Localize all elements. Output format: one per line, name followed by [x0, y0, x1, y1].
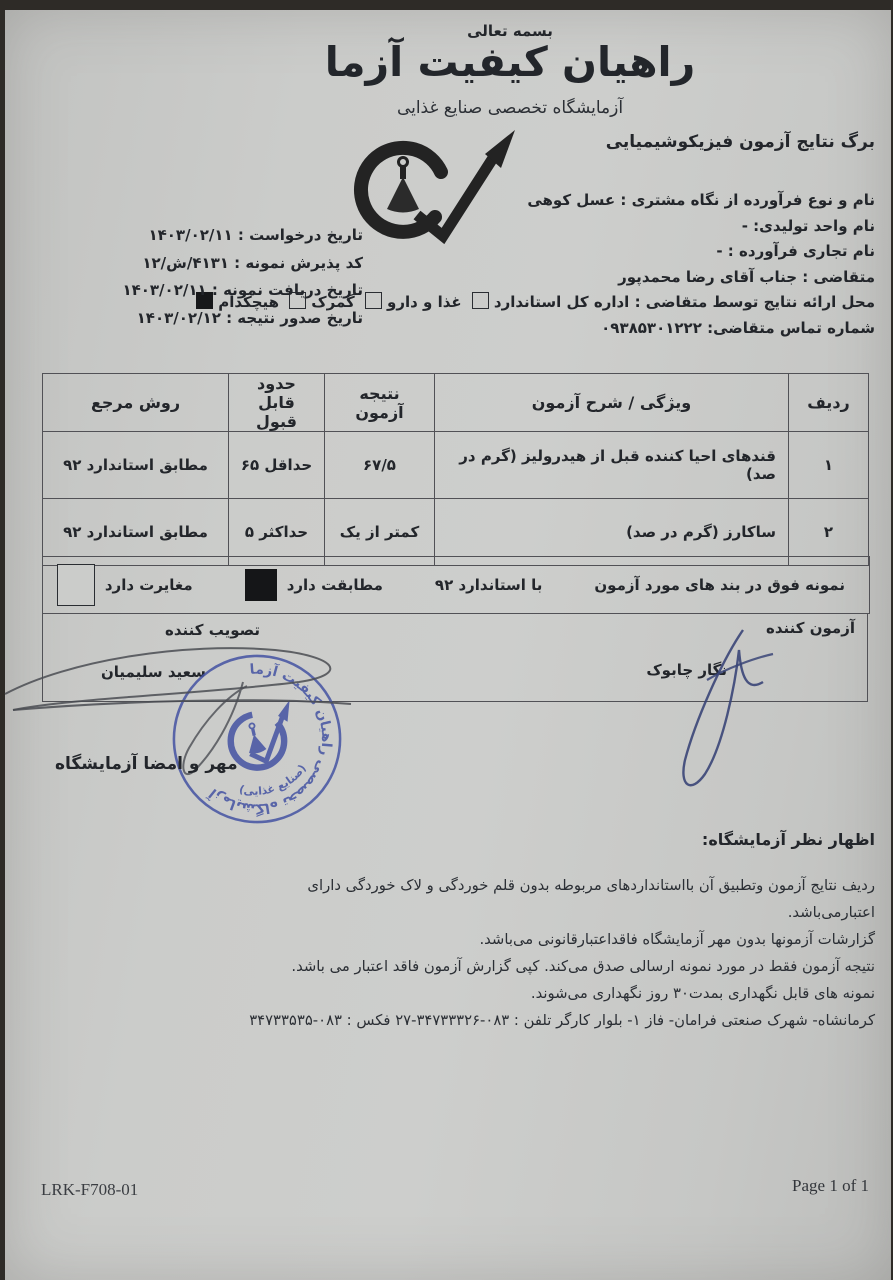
- row1-result: ۶۷/۵: [325, 432, 435, 499]
- receive-date-line: تاریخ دریافت نمونه : ۱۴۰۳/۰۲/۱۱: [51, 277, 363, 305]
- checkbox-standard-office: [472, 292, 489, 309]
- delivery-label: محل ارائه نتایج توسط متقاضی :: [635, 293, 875, 311]
- row1-limit: حداقل ۶۵: [229, 432, 325, 499]
- dates-block: تاریخ درخواست : ۱۴۰۳/۰۲/۱۱ کد پذیرش نمون…: [51, 222, 363, 332]
- remark-line-storage: نمونه های قابل نگهداری بمدت۳۰ روز نگهدار…: [235, 980, 875, 1007]
- conformity-sample-text: نمونه فوق در بند های مورد آزمون: [594, 576, 845, 594]
- header-reference-method: روش مرجع: [43, 374, 229, 432]
- producer-unit-line: نام واحد تولیدی: -: [315, 214, 875, 240]
- applicant-line: متقاضی : جناب آقای رضا محمدپور: [315, 265, 875, 291]
- checkbox-conforms-checked: [245, 569, 277, 601]
- scanned-document: بسمه تعالی راهیان کیفیت آزما آزمایشگاه ت…: [5, 10, 891, 1280]
- lab-name-title: راهیان کیفیت آزما: [67, 38, 893, 86]
- form-title: برگ نتایج آزمون فیزیکوشیمیایی: [606, 132, 875, 152]
- header-row-number: ردیف: [789, 374, 869, 432]
- request-date-line: تاریخ درخواست : ۱۴۰۳/۰۲/۱۱: [51, 222, 363, 250]
- form-code: LRK-F708-01: [41, 1180, 138, 1200]
- tester-label: آزمون کننده: [766, 619, 855, 637]
- remark-line-validity: ردیف نتایج آزمون وتطبیق آن بااستانداردها…: [235, 872, 875, 926]
- conformity-standard-text: با استاندارد ۹۲: [435, 576, 542, 594]
- customer-info-block: نام و نوع فرآورده از نگاه مشتری : عسل کو…: [315, 188, 875, 341]
- delivery-line: محل ارائه نتایج توسط متقاضی : اداره کل ا…: [315, 290, 875, 316]
- page-number: Page 1 of 1: [792, 1176, 869, 1196]
- row1-number: ۱: [789, 432, 869, 499]
- nonconform-label: مغایرت دارد: [105, 576, 193, 594]
- acceptance-code-line: کد پذیرش نمونه : ۴۱۳۱/ش/۱۲: [51, 250, 363, 278]
- approver-label: تصویب کننده: [165, 621, 260, 639]
- delivery-option-standard: اداره کل استاندارد: [494, 293, 629, 311]
- stamp-note-label: مهر و امضا آزمایشگاه: [55, 754, 238, 774]
- checkbox-nonconform: [57, 564, 95, 606]
- delivery-option-food-drug: غذا و دارو: [387, 293, 462, 311]
- remarks-block: ردیف نتایج آزمون وتطبیق آن بااستانداردها…: [235, 872, 875, 1034]
- remarks-title: اظهار نظر آزمایشگاه:: [702, 830, 875, 849]
- row1-method: مطابق استاندارد ۹۲: [43, 432, 229, 499]
- header-acceptable-limits: حدود قابل قبول: [229, 374, 325, 432]
- row1-description: قندهای احیا کننده قبل از هیدرولیز (گرم د…: [435, 432, 789, 499]
- conformity-row: نمونه فوق در بند های مورد آزمون با استان…: [42, 556, 870, 614]
- trade-name-line: نام تجاری فرآورده : -: [315, 239, 875, 265]
- tester-name: نگار چابوک: [646, 661, 727, 679]
- header-test-result: نتیجه آزمون: [325, 374, 435, 432]
- table-header-row: ردیف ویژگی / شرح آزمون نتیجه آزمون حدود …: [43, 374, 869, 432]
- remark-line-address: کرمانشاه- شهرک صنعتی فرامان- فاز ۱- بلوا…: [235, 1007, 875, 1034]
- result-date-line: تاریخ صدور نتیجه : ۱۴۰۳/۰۲/۱۲: [51, 305, 363, 333]
- checkbox-food-drug: [365, 292, 382, 309]
- contact-number-line: شماره تماس متقاضی: ۰۹۳۸۵۳۰۱۲۲۲: [315, 316, 875, 342]
- product-name-line: نام و نوع فرآورده از نگاه مشتری : عسل کو…: [315, 188, 875, 214]
- header-test-description: ویژگی / شرح آزمون: [435, 374, 789, 432]
- remark-line-sample-scope: نتیجه آزمون فقط در مورد نمونه ارسالی صدق…: [235, 953, 875, 980]
- lab-subtitle: آزمایشگاه تخصصی صنایع غذایی: [67, 98, 893, 118]
- table-row: ۱ قندهای احیا کننده قبل از هیدرولیز (گرم…: [43, 432, 869, 499]
- conform-label: مطابقت دارد: [287, 576, 383, 594]
- remark-line-stamp-required: گزارشات آزمونها بدون مهر آزمایشگاه فاقدا…: [235, 926, 875, 953]
- results-table: ردیف ویژگی / شرح آزمون نتیجه آزمون حدود …: [42, 373, 869, 566]
